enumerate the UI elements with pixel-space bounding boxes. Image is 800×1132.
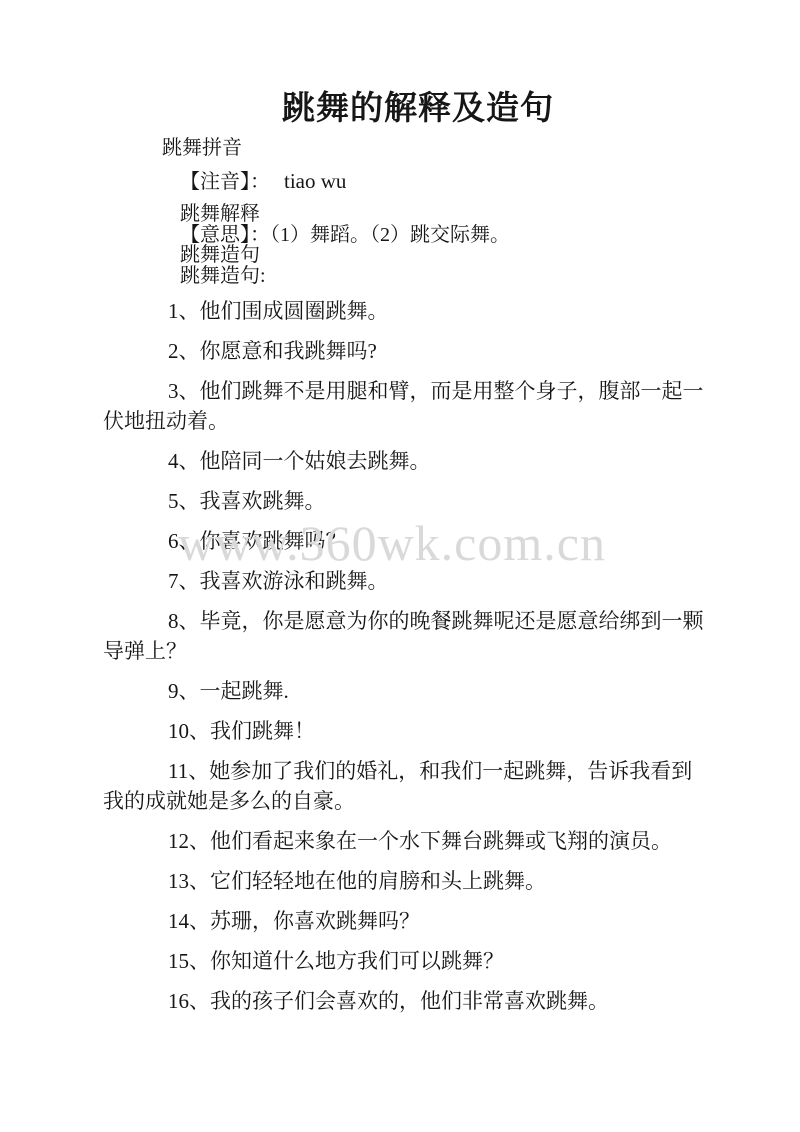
sentence-item: 5、我喜欢跳舞。 xyxy=(103,486,710,516)
zhuyin-value: tiao wu xyxy=(284,169,346,193)
sentence-item: 16、我的孩子们会喜欢的，他们非常喜欢跳舞。 xyxy=(103,986,710,1016)
sentence-item: 9、一起跳舞. xyxy=(103,676,710,706)
sentence-item: 11、她参加了我们的婚礼，和我们一起跳舞，告诉我看到我的成就她是多么的自豪。 xyxy=(103,756,710,816)
sentence-item: 6、你喜欢跳舞吗？ xyxy=(103,526,710,556)
zhuyin-label: 【注音】： xyxy=(180,171,270,193)
sentence-item: 3、他们跳舞不是用腿和臂，而是用整个身子，腹部一起一伏地扭动着。 xyxy=(103,376,710,436)
document-page: 跳舞的解释及造句 跳舞拼音 【注音】：tiao wu 跳舞解释 【意思】：（1）… xyxy=(0,0,800,1132)
sentence-item: 13、它们轻轻地在他的肩膀和头上跳舞。 xyxy=(103,866,710,896)
explanation-heading: 跳舞解释 xyxy=(180,204,800,225)
sentence-list: 1、他们围成圆圈跳舞。2、你愿意和我跳舞吗?3、他们跳舞不是用腿和臂，而是用整个… xyxy=(0,296,800,1016)
sentence-item: 12、他们看起来象在一个水下舞台跳舞或飞翔的演员。 xyxy=(103,826,710,856)
sentence-item: 8、毕竟，你是愿意为你的晚餐跳舞呢还是愿意给绑到一颗导弹上？ xyxy=(103,606,710,666)
pinyin-heading: 跳舞拼音 xyxy=(162,138,800,159)
document-title: 跳舞的解释及造句 xyxy=(0,0,800,128)
sentence-item: 15、你知道什么地方我们可以跳舞？ xyxy=(103,946,710,976)
meaning-line: 【意思】：（1）舞蹈。（2）跳交际舞。 xyxy=(180,225,800,246)
sentence-item: 7、我喜欢游泳和跳舞。 xyxy=(103,566,710,596)
sentence-item: 10、我们跳舞！ xyxy=(103,716,710,746)
zhuyin-line: 【注音】：tiao wu xyxy=(180,171,800,193)
sentence-item: 1、他们围成圆圈跳舞。 xyxy=(103,296,710,326)
intro-block: 跳舞拼音 【注音】：tiao wu 跳舞解释 【意思】：（1）舞蹈。（2）跳交际… xyxy=(0,138,800,286)
sentence-item: 2、你愿意和我跳舞吗? xyxy=(103,336,710,366)
sentence-item: 4、他陪同一个姑娘去跳舞。 xyxy=(103,446,710,476)
zaoju-prompt: 跳舞造句: xyxy=(180,266,800,287)
meaning-block: 跳舞解释 【意思】：（1）舞蹈。（2）跳交际舞。 跳舞造句 跳舞造句: xyxy=(180,204,800,286)
zaoju-heading: 跳舞造句 xyxy=(180,245,800,266)
sentence-item: 14、苏珊，你喜欢跳舞吗？ xyxy=(103,906,710,936)
